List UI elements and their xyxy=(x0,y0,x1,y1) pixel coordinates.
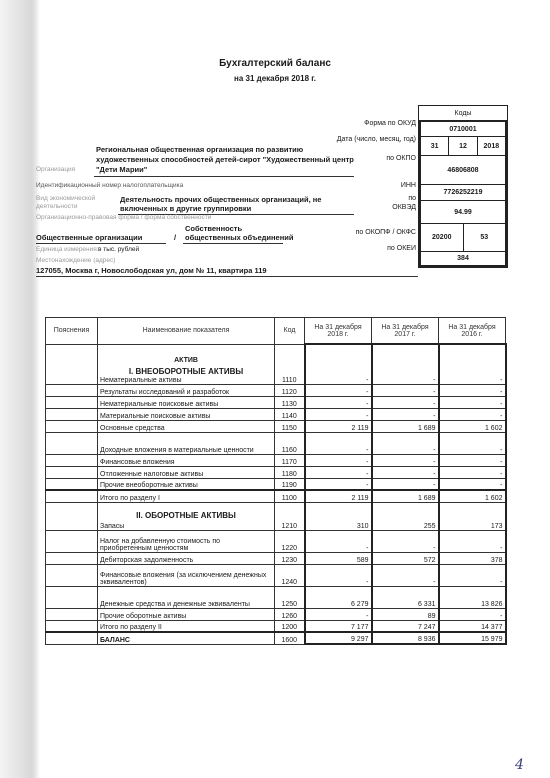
org-name-line-1: Региональная общественная организация по… xyxy=(96,145,303,154)
indicator-name-text: Дебиторская задолженность xyxy=(100,557,193,564)
value-2018: - xyxy=(305,530,372,552)
inn-text: 7726252219 xyxy=(444,189,483,196)
value-2017-text: - xyxy=(433,377,435,384)
date-day: 31 xyxy=(421,137,448,155)
value-2016: 13 826 xyxy=(439,586,506,608)
value-2016: - xyxy=(439,384,506,396)
notes-cell xyxy=(46,396,98,408)
notes-cell xyxy=(46,632,98,644)
address-underline xyxy=(36,276,418,277)
code-cell-text: 1100 xyxy=(282,495,297,502)
code-cell: 1180 xyxy=(275,466,305,478)
indicator-name-text: Прочие внеоборотные активы xyxy=(100,482,198,489)
value-2017: - xyxy=(372,530,439,552)
value-2016: - xyxy=(439,344,506,384)
okved-text: 94.99 xyxy=(454,209,472,216)
notes-cell xyxy=(46,420,98,432)
indicator-name: БАЛАНС xyxy=(98,632,275,644)
value-2017-text: 89 xyxy=(428,613,436,620)
value-2016-text: - xyxy=(500,482,502,489)
notes-cell xyxy=(46,466,98,478)
value-2018: - xyxy=(305,384,372,396)
value-2016: - xyxy=(439,530,506,552)
section-2-heading: II. ОБОРОТНЫЕ АКТИВЫ xyxy=(100,511,272,520)
indicator-name-text: Итого по разделу I xyxy=(100,495,160,502)
table-row: Налог на добавленную стоимость по приобр… xyxy=(46,530,506,552)
value-2018: - xyxy=(305,408,372,420)
okfs-value: 53 xyxy=(463,224,506,251)
activity-label-2: деятельности xyxy=(36,203,77,210)
value-2016: 1 602 xyxy=(439,490,506,502)
value-2018: - xyxy=(305,432,372,454)
table-row: АКТИВI. ВНЕОБОРОТНЫЕ АКТИВЫНематериальны… xyxy=(46,344,506,384)
indicator-name-text: Налог на добавленную стоимость по приобр… xyxy=(100,538,220,552)
ownership-line-1: Собственность xyxy=(185,224,242,233)
value-2016: - xyxy=(439,466,506,478)
value-2016-text: 1 602 xyxy=(485,425,503,432)
value-2018-text: - xyxy=(366,389,368,396)
inn-value: 7726252219 xyxy=(419,184,507,200)
okpo-value: 46806808 xyxy=(419,155,507,184)
value-2018-text: - xyxy=(366,447,368,454)
indicator-name: Результаты исследований и разработок xyxy=(98,384,275,396)
value-2018: 6 279 xyxy=(305,586,372,608)
indicator-name-text: Финансовые вложения xyxy=(100,459,175,466)
value-2017: 572 xyxy=(372,552,439,564)
value-2017-text: 1 689 xyxy=(418,425,436,432)
activity-label-1: Вид экономической xyxy=(36,195,95,202)
value-2017: 255 xyxy=(372,502,439,530)
value-2017-text: - xyxy=(433,447,435,454)
value-2018: - xyxy=(305,396,372,408)
indicator-name: Основные средства xyxy=(98,420,275,432)
indicator-name: Итого по разделу II xyxy=(98,620,275,632)
value-2017-text: 255 xyxy=(424,523,436,530)
code-cell-text: 1190 xyxy=(282,482,297,489)
table-row: Дебиторская задолженность1230589572378 xyxy=(46,552,506,564)
code-cell: 1200 xyxy=(275,620,305,632)
indicator-name: Прочие внеоборотные активы xyxy=(98,478,275,490)
okopf-okfs-values: 20200 53 xyxy=(419,223,507,251)
value-2018-text: 7 177 xyxy=(351,624,369,631)
notes-cell xyxy=(46,552,98,564)
value-2017: 6 331 xyxy=(372,586,439,608)
code-cell-text: 1260 xyxy=(281,613,297,620)
indicator-name: Материальные поисковые активы xyxy=(98,408,275,420)
value-2017-text: 7 247 xyxy=(418,624,436,631)
value-2016: - xyxy=(439,454,506,466)
code-cell: 1150 xyxy=(275,420,305,432)
value-2017: - xyxy=(372,396,439,408)
okved-value: 94.99 xyxy=(419,200,507,223)
col-indicator: Наименование показателя xyxy=(98,318,275,345)
notes-cell xyxy=(46,432,98,454)
value-2016-text: 14 377 xyxy=(481,624,502,631)
legal-form-value: Общественные организации xyxy=(36,233,142,242)
value-2018-text: 310 xyxy=(357,523,369,530)
value-2016-text: - xyxy=(500,389,502,396)
value-2017: - xyxy=(372,466,439,478)
code-cell: 1220 xyxy=(275,530,305,552)
notes-cell xyxy=(46,454,98,466)
okpo-label: по ОКПО xyxy=(386,155,416,162)
notes-cell xyxy=(46,490,98,502)
value-2018: 7 177 xyxy=(305,620,372,632)
value-2018-text: - xyxy=(366,579,368,586)
value-2018-text: 589 xyxy=(357,557,369,564)
indicator-name: Финансовые вложения (за исключением дене… xyxy=(98,564,275,586)
balance-table: Пояснения Наименование показателя Код На… xyxy=(45,317,507,645)
table-header-row: Пояснения Наименование показателя Код На… xyxy=(46,318,506,345)
indicator-name-text: Итого по разделу II xyxy=(100,624,162,631)
value-2016-text: 1 602 xyxy=(485,495,503,502)
code-cell: 1210 xyxy=(275,502,305,530)
value-2016: 1 602 xyxy=(439,420,506,432)
indicator-name-text: Финансовые вложения (за исключением дене… xyxy=(100,572,266,586)
inn-label: ИНН xyxy=(401,182,416,189)
code-cell-text: 1180 xyxy=(282,471,297,478)
table-row: II. ОБОРОТНЫЕ АКТИВЫЗапасы1210310255173 xyxy=(46,502,506,530)
code-cell-text: 1130 xyxy=(282,401,297,408)
notes-cell xyxy=(46,408,98,420)
value-2016-text: - xyxy=(500,471,502,478)
value-2018: - xyxy=(305,344,372,384)
date-year: 2018 xyxy=(477,137,505,155)
value-2017-text: - xyxy=(433,471,435,478)
code-cell-text: 1200 xyxy=(281,624,297,631)
value-2017-text: - xyxy=(433,401,435,408)
org-label: Организация xyxy=(36,166,75,173)
value-2017-text: - xyxy=(433,545,435,552)
org-name-line-2: художественных способностей детей-сирот … xyxy=(96,155,354,164)
code-cell-text: 1210 xyxy=(281,523,297,530)
value-2018-text: - xyxy=(366,413,368,420)
indicator-name: Прочие оборотные активы xyxy=(98,608,275,620)
value-2018-text: - xyxy=(366,545,368,552)
table-row: БАЛАНС16009 2978 93615 979 xyxy=(46,632,506,644)
value-2016: - xyxy=(439,408,506,420)
indicator-name-text: БАЛАНС xyxy=(100,637,130,644)
value-2016-text: - xyxy=(500,579,502,586)
okud-value: 0710001 xyxy=(419,120,507,136)
value-2018: - xyxy=(305,454,372,466)
code-cell: 1230 xyxy=(275,552,305,564)
document-title: Бухгалтерский баланс xyxy=(0,58,550,69)
col-2018: На 31 декабря 2018 г. xyxy=(305,318,372,345)
col-2017: На 31 декабря 2017 г. xyxy=(372,318,439,345)
value-2016: 15 979 xyxy=(439,632,506,644)
code-cell-text: 1140 xyxy=(282,413,297,420)
table-row: Денежные средства и денежные эквиваленты… xyxy=(46,586,506,608)
table-row: Материальные поисковые активы1140--- xyxy=(46,408,506,420)
code-cell: 1140 xyxy=(275,408,305,420)
codes-header-text: Коды xyxy=(455,110,472,117)
section-1-heading: I. ВНЕОБОРОТНЫЕ АКТИВЫ xyxy=(100,367,272,376)
value-2018: 589 xyxy=(305,552,372,564)
value-2016: - xyxy=(439,432,506,454)
code-cell-text: 1170 xyxy=(282,459,297,466)
indicator-name-text: Нематериальные поисковые активы xyxy=(100,401,218,408)
value-2017: - xyxy=(372,454,439,466)
value-2017: 7 247 xyxy=(372,620,439,632)
value-2018-text: - xyxy=(366,459,368,466)
okud-text: 0710001 xyxy=(449,126,476,133)
indicator-name: Итого по разделу I xyxy=(98,490,275,502)
value-2016: - xyxy=(439,478,506,490)
col-2016: На 31 декабря 2016 г. xyxy=(439,318,506,345)
code-cell-text: 1150 xyxy=(282,425,297,432)
value-2018: - xyxy=(305,608,372,620)
indicator-name-text: Запасы xyxy=(100,523,124,530)
value-2016-text: 378 xyxy=(491,557,503,564)
value-2016-text: 13 826 xyxy=(481,601,502,608)
address-value: 127055, Москва г, Новослободская ул, дом… xyxy=(36,266,267,275)
code-cell-text: 1250 xyxy=(281,601,297,608)
code-cell-text: 1600 xyxy=(281,637,297,644)
code-cell-text: 1240 xyxy=(281,579,297,586)
code-cell: 1250 xyxy=(275,586,305,608)
indicator-name-text: Материальные поисковые активы xyxy=(100,413,210,420)
value-2016: 378 xyxy=(439,552,506,564)
value-2016-text: - xyxy=(500,447,502,454)
value-2016: - xyxy=(439,564,506,586)
date-label: Дата (число, месяц, год) xyxy=(337,136,416,143)
code-cell: 1170 xyxy=(275,454,305,466)
code-cell-text: 1160 xyxy=(282,447,297,454)
value-2017: - xyxy=(372,478,439,490)
date-month: 12 xyxy=(448,137,476,155)
indicator-name: Финансовые вложения xyxy=(98,454,275,466)
document-date: на 31 декабря 2018 г. xyxy=(0,74,550,83)
codes-header: Коды xyxy=(419,106,507,120)
value-2016-text: - xyxy=(500,401,502,408)
table-row: Прочие внеоборотные активы1190--- xyxy=(46,478,506,490)
value-2018-text: - xyxy=(366,482,368,489)
value-2016-text: - xyxy=(500,377,502,384)
code-cell-text: 1220 xyxy=(281,545,297,552)
code-cell-text: 1110 xyxy=(282,377,297,384)
table-row: Результаты исследований и разработок1120… xyxy=(46,384,506,396)
value-2017-text: - xyxy=(433,482,435,489)
notes-cell xyxy=(46,608,98,620)
indicator-name-text: Отложенные налоговые активы xyxy=(100,471,203,478)
notes-cell xyxy=(46,530,98,552)
value-2017-text: - xyxy=(433,389,435,396)
table-row: Нематериальные поисковые активы1130--- xyxy=(46,396,506,408)
value-2016-text: - xyxy=(500,545,502,552)
value-2017-text: 1 689 xyxy=(418,495,436,502)
code-cell: 1100 xyxy=(275,490,305,502)
notes-cell xyxy=(46,502,98,530)
legal-form-slash: / xyxy=(174,233,176,242)
value-2017: 89 xyxy=(372,608,439,620)
value-2016-text: - xyxy=(500,459,502,466)
okpo-text: 46806808 xyxy=(447,167,478,174)
code-cell: 1120 xyxy=(275,384,305,396)
table-row: Итого по разделу II12007 1777 24714 377 xyxy=(46,620,506,632)
notes-cell xyxy=(46,344,98,384)
legal-form-underline xyxy=(36,243,166,244)
date-values: 31 12 2018 xyxy=(419,136,507,155)
code-cell: 1260 xyxy=(275,608,305,620)
value-2018: 2 119 xyxy=(305,420,372,432)
value-2017-text: - xyxy=(433,413,435,420)
indicator-name: Денежные средства и денежные эквиваленты xyxy=(98,586,275,608)
table-row: Финансовые вложения1170--- xyxy=(46,454,506,466)
okei-label: по ОКЕИ xyxy=(387,245,416,252)
okei-text: 384 xyxy=(457,255,469,262)
value-2018-text: 2 119 xyxy=(352,425,369,432)
ownership-underline xyxy=(183,243,283,244)
indicator-name-text: Прочие оборотные активы xyxy=(100,613,186,620)
value-2017-text: - xyxy=(433,459,435,466)
value-2018-text: 6 279 xyxy=(351,601,369,608)
value-2017-text: 8 936 xyxy=(418,636,436,643)
value-2016: 14 377 xyxy=(439,620,506,632)
notes-cell xyxy=(46,564,98,586)
value-2018-text: - xyxy=(366,377,368,384)
value-2017: - xyxy=(372,384,439,396)
indicator-name-text: Нематериальные активы xyxy=(100,377,182,384)
okved-label-2: ОКВЭД xyxy=(392,204,416,211)
table-row: Финансовые вложения (за исключением дене… xyxy=(46,564,506,586)
activity-line-2: включенных в другие группировки xyxy=(120,204,251,213)
code-cell: 1160 xyxy=(275,432,305,454)
value-2018-text: - xyxy=(366,401,368,408)
value-2018-text: - xyxy=(366,613,368,620)
value-2017: - xyxy=(372,344,439,384)
inn-caption: Идентификационный номер налогоплательщик… xyxy=(36,182,183,189)
indicator-name-text: Доходные вложения в материальные ценност… xyxy=(100,447,254,454)
value-2017-text: - xyxy=(433,579,435,586)
indicator-name: Налог на добавленную стоимость по приобр… xyxy=(98,530,275,552)
scan-shadow xyxy=(0,0,40,778)
value-2016-text: - xyxy=(500,613,502,620)
value-2017: 1 689 xyxy=(372,420,439,432)
code-cell-text: 1120 xyxy=(282,389,297,396)
indicator-name: АКТИВI. ВНЕОБОРОТНЫЕ АКТИВЫНематериальны… xyxy=(98,344,275,384)
value-2018: - xyxy=(305,478,372,490)
value-2018: 310 xyxy=(305,502,372,530)
code-cell: 1240 xyxy=(275,564,305,586)
value-2018-text: - xyxy=(366,471,368,478)
notes-cell xyxy=(46,586,98,608)
notes-cell xyxy=(46,384,98,396)
value-2017-text: 6 331 xyxy=(418,601,436,608)
unit-value: в тыс. рублей xyxy=(98,246,139,253)
okud-label: Форма по ОКУД xyxy=(364,120,416,127)
indicator-name: Нематериальные поисковые активы xyxy=(98,396,275,408)
value-2017: - xyxy=(372,408,439,420)
aktiv-heading: АКТИВ xyxy=(100,357,272,364)
indicator-name: II. ОБОРОТНЫЕ АКТИВЫЗапасы xyxy=(98,502,275,530)
indicator-name-text: Денежные средства и денежные эквиваленты xyxy=(100,601,250,608)
code-cell: 1130 xyxy=(275,396,305,408)
notes-cell xyxy=(46,620,98,632)
value-2016: - xyxy=(439,608,506,620)
table-row: Итого по разделу I11002 1191 6891 602 xyxy=(46,490,506,502)
address-label: Местонахождение (адрес) xyxy=(36,257,115,264)
indicator-name: Дебиторская задолженность xyxy=(98,552,275,564)
value-2017: 8 936 xyxy=(372,632,439,644)
okopf-label: по ОКОПФ / ОКФС xyxy=(356,229,416,236)
activity-line-1: Деятельность прочих общественных организ… xyxy=(120,195,321,204)
value-2017: - xyxy=(372,432,439,454)
legal-form-label: Организационно-правовая форма / форма со… xyxy=(36,214,211,221)
code-cell-text: 1230 xyxy=(281,557,297,564)
ownership-line-2: общественных объединений xyxy=(185,233,293,242)
code-cell: 1190 xyxy=(275,478,305,490)
value-2018: - xyxy=(305,466,372,478)
value-2017: - xyxy=(372,564,439,586)
table-row: Основные средства11502 1191 6891 602 xyxy=(46,420,506,432)
value-2018: 9 297 xyxy=(305,632,372,644)
indicator-name-text: Основные средства xyxy=(100,425,165,432)
indicator-name: Отложенные налоговые активы xyxy=(98,466,275,478)
value-2018: 2 119 xyxy=(305,490,372,502)
value-2016-text: 173 xyxy=(491,523,503,530)
value-2017-text: 572 xyxy=(424,557,436,564)
value-2017: 1 689 xyxy=(372,490,439,502)
notes-cell xyxy=(46,478,98,490)
value-2016-text: 15 979 xyxy=(481,636,502,643)
indicator-name: Доходные вложения в материальные ценност… xyxy=(98,432,275,454)
org-name-line-3: "Дети Марии" xyxy=(96,165,147,174)
codes-box: Коды 0710001 31 12 2018 46806808 7726252… xyxy=(418,105,508,268)
code-cell: 1110 xyxy=(275,344,305,384)
value-2018: - xyxy=(305,564,372,586)
org-underline xyxy=(94,176,354,177)
value-2016: 173 xyxy=(439,502,506,530)
value-2018-text: 2 119 xyxy=(352,495,369,502)
col-notes: Пояснения xyxy=(46,318,98,345)
col-code: Код xyxy=(275,318,305,345)
table-row: Доходные вложения в материальные ценност… xyxy=(46,432,506,454)
okei-value: 384 xyxy=(419,251,507,267)
page-number-handwritten: 4 xyxy=(515,757,524,773)
okved-label-1: по xyxy=(408,195,416,202)
unit-label: Единица измерения: xyxy=(36,246,99,253)
value-2016: - xyxy=(439,396,506,408)
value-2016-text: - xyxy=(500,413,502,420)
table-row: Отложенные налоговые активы1180--- xyxy=(46,466,506,478)
table-row: Прочие оборотные активы1260-89- xyxy=(46,608,506,620)
okopf-value: 20200 xyxy=(421,224,463,251)
indicator-name-text: Результаты исследований и разработок xyxy=(100,389,229,396)
code-cell: 1600 xyxy=(275,632,305,644)
value-2018-text: 9 297 xyxy=(351,636,369,643)
